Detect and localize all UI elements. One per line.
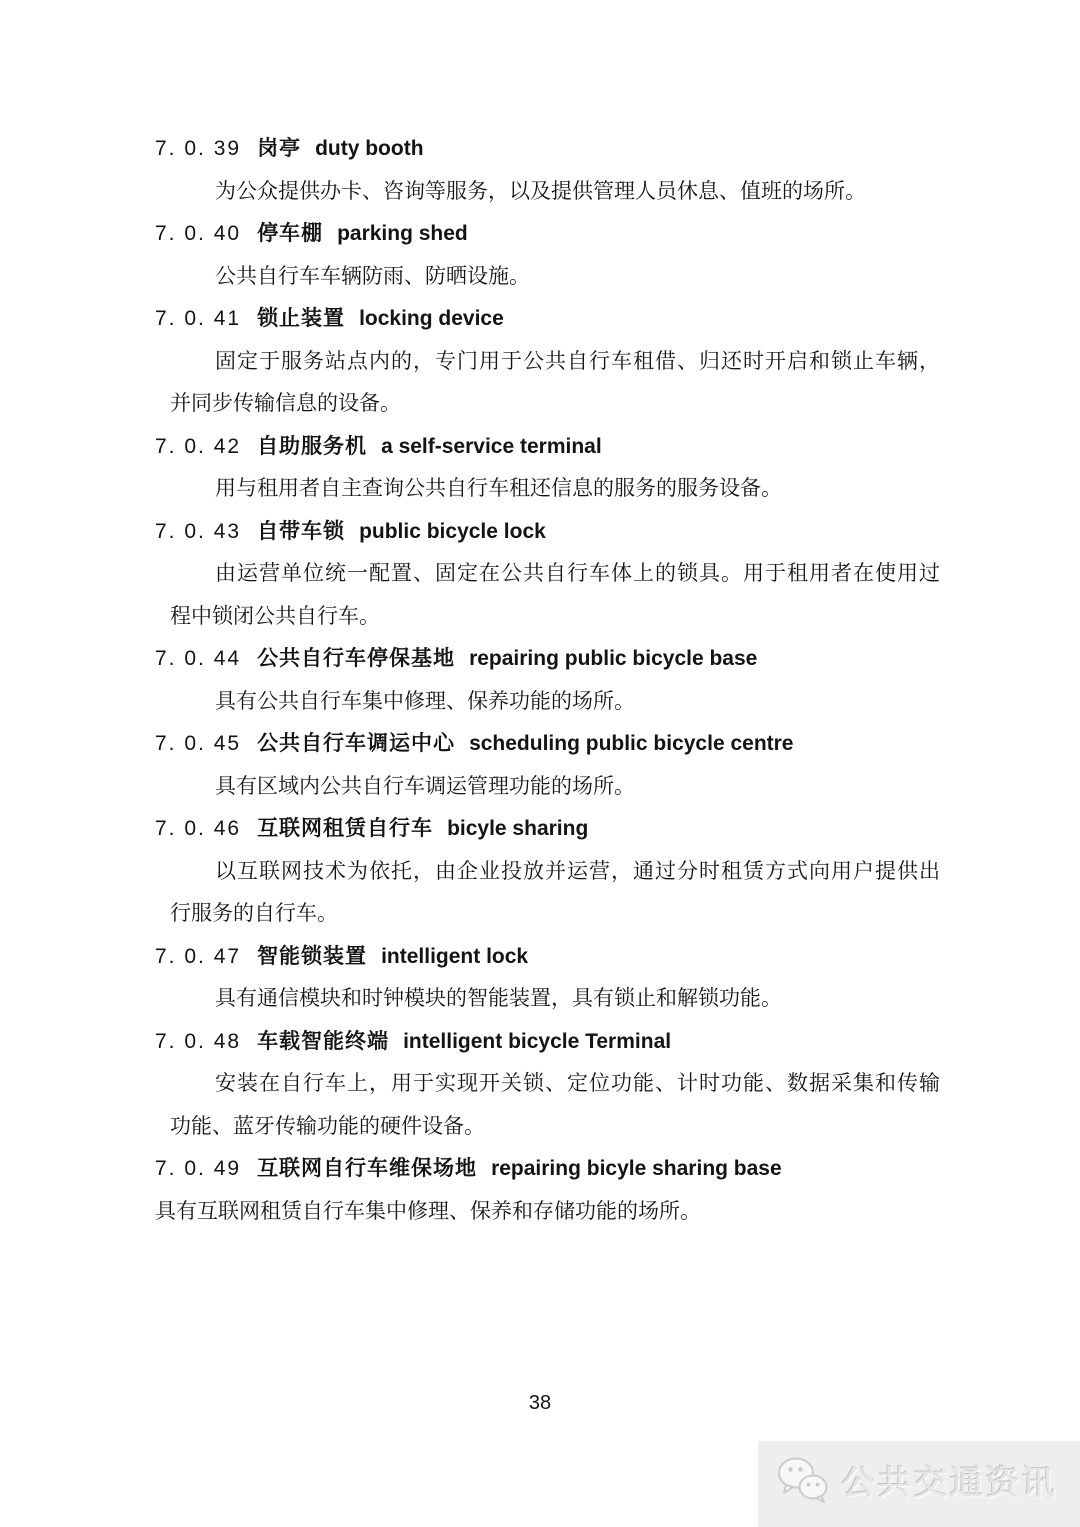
term-name-en: a self-service terminal <box>381 435 602 458</box>
term-definition-line: 公共自行车车辆防雨、防晒设施。 <box>155 256 940 299</box>
term-definition-line: 由运营单位统一配置、固定在公共自行车体上的锁具。用于租用者在使用过 <box>155 553 940 596</box>
term-name-en: scheduling public bicycle centre <box>469 732 793 755</box>
term-name-en: intelligent bicycle Terminal <box>403 1030 671 1053</box>
term-definition-line: 用与租用者自主查询公共自行车租还信息的服务的服务设备。 <box>155 468 940 511</box>
term-definition-line: 具有区域内公共自行车调运管理功能的场所。 <box>155 766 940 809</box>
term-entry-7-0-48: 7. 0. 48车载智能终端intelligent bicycle Termin… <box>155 1021 940 1149</box>
term-name-en: duty booth <box>315 137 423 160</box>
term-entry-7-0-39: 7. 0. 39岗亭duty booth 为公众提供办卡、咨询等服务，以及提供管… <box>155 128 940 213</box>
term-heading: 7. 0. 48车载智能终端intelligent bicycle Termin… <box>155 1021 940 1064</box>
term-heading: 7. 0. 42自助服务机a self-service terminal <box>155 426 940 469</box>
term-name-en: bicyle sharing <box>447 817 588 840</box>
term-entry-7-0-40: 7. 0. 40停车棚parking shed 公共自行车车辆防雨、防晒设施。 <box>155 213 940 298</box>
term-definition-line: 固定于服务站点内的，专门用于公共自行车租借、归还时开启和锁止车辆， <box>155 341 940 384</box>
term-heading: 7. 0. 45公共自行车调运中心scheduling public bicyc… <box>155 723 940 766</box>
term-code: 7. 0. 47 <box>155 945 241 968</box>
page-number: 38 <box>0 1392 1080 1415</box>
term-name-zh: 智能锁装置 <box>257 945 367 968</box>
term-code: 7. 0. 45 <box>155 732 241 755</box>
term-name-zh: 互联网租赁自行车 <box>257 817 433 840</box>
term-entry-7-0-49: 7. 0. 49互联网自行车维保场地repairing bicyle shari… <box>155 1148 940 1233</box>
term-heading: 7. 0. 39岗亭duty booth <box>155 128 940 171</box>
term-definition-line: 安装在自行车上，用于实现开关锁、定位功能、计时功能、数据采集和传输 <box>155 1063 940 1106</box>
term-heading: 7. 0. 40停车棚parking shed <box>155 213 940 256</box>
term-entry-7-0-42: 7. 0. 42自助服务机a self-service terminal 用与租… <box>155 426 940 511</box>
term-heading: 7. 0. 43自带车锁public bicycle lock <box>155 511 940 554</box>
term-definition-line: 具有公共自行车集中修理、保养功能的场所。 <box>155 681 940 724</box>
term-name-en: repairing public bicycle base <box>469 647 757 670</box>
term-entry-7-0-43: 7. 0. 43自带车锁public bicycle lock 由运营单位统一配… <box>155 511 940 639</box>
term-entry-7-0-41: 7. 0. 41锁止装置locking device 固定于服务站点内的，专门用… <box>155 298 940 426</box>
term-name-zh: 互联网自行车维保场地 <box>257 1157 477 1180</box>
term-heading: 7. 0. 49互联网自行车维保场地repairing bicyle shari… <box>155 1148 940 1191</box>
term-code: 7. 0. 39 <box>155 137 241 160</box>
term-heading: 7. 0. 46互联网租赁自行车bicyle sharing <box>155 808 940 851</box>
term-name-zh: 公共自行车调运中心 <box>257 732 455 755</box>
term-definition-line: 程中锁闭公共自行车。 <box>155 596 940 639</box>
term-code: 7. 0. 46 <box>155 817 241 840</box>
term-name-en: parking shed <box>337 222 468 245</box>
term-name-zh: 车载智能终端 <box>257 1030 389 1053</box>
term-code: 7. 0. 42 <box>155 435 241 458</box>
terms-section: 7. 0. 39岗亭duty booth 为公众提供办卡、咨询等服务，以及提供管… <box>155 128 940 1233</box>
term-name-en: public bicycle lock <box>359 520 546 543</box>
term-name-zh: 岗亭 <box>257 137 301 160</box>
term-name-zh: 自助服务机 <box>257 435 367 458</box>
term-entry-7-0-46: 7. 0. 46互联网租赁自行车bicyle sharing 以互联网技术为依托… <box>155 808 940 936</box>
term-definition-line: 功能、蓝牙传输功能的硬件设备。 <box>155 1106 940 1149</box>
term-heading: 7. 0. 47智能锁装置intelligent lock <box>155 936 940 979</box>
term-code: 7. 0. 40 <box>155 222 241 245</box>
term-definition-line: 具有互联网租赁自行车集中修理、保养和存储功能的场所。 <box>155 1191 940 1234</box>
term-entry-7-0-47: 7. 0. 47智能锁装置intelligent lock 具有通信模块和时钟模… <box>155 936 940 1021</box>
term-code: 7. 0. 44 <box>155 647 241 670</box>
term-definition-line: 具有通信模块和时钟模块的智能装置，具有锁止和解锁功能。 <box>155 978 940 1021</box>
term-name-en: locking device <box>359 307 504 330</box>
term-name-zh: 自带车锁 <box>257 520 345 543</box>
term-entry-7-0-44: 7. 0. 44公共自行车停保基地repairing public bicycl… <box>155 638 940 723</box>
term-definition-line: 行服务的自行车。 <box>155 893 940 936</box>
term-name-zh: 停车棚 <box>257 222 323 245</box>
watermark-label: 公共交通资讯 <box>842 1457 1058 1504</box>
term-name-zh: 锁止装置 <box>257 307 345 330</box>
term-definition-line: 以互联网技术为依托，由企业投放并运营，通过分时租赁方式向用户提供出 <box>155 851 940 894</box>
term-heading: 7. 0. 41锁止装置locking device <box>155 298 940 341</box>
term-code: 7. 0. 49 <box>155 1157 241 1180</box>
wechat-icon <box>774 1455 832 1505</box>
term-name-en: intelligent lock <box>381 945 528 968</box>
watermark: 公共交通资讯 <box>758 1441 1080 1527</box>
term-definition-line: 并同步传输信息的设备。 <box>155 383 940 426</box>
term-entry-7-0-45: 7. 0. 45公共自行车调运中心scheduling public bicyc… <box>155 723 940 808</box>
term-code: 7. 0. 48 <box>155 1030 241 1053</box>
term-heading: 7. 0. 44公共自行车停保基地repairing public bicycl… <box>155 638 940 681</box>
term-name-zh: 公共自行车停保基地 <box>257 647 455 670</box>
term-definition-line: 为公众提供办卡、咨询等服务，以及提供管理人员休息、值班的场所。 <box>155 171 940 214</box>
term-code: 7. 0. 43 <box>155 520 241 543</box>
term-name-en: repairing bicyle sharing base <box>491 1157 782 1180</box>
term-code: 7. 0. 41 <box>155 307 241 330</box>
document-page: 7. 0. 39岗亭duty booth 为公众提供办卡、咨询等服务，以及提供管… <box>0 0 1080 1527</box>
